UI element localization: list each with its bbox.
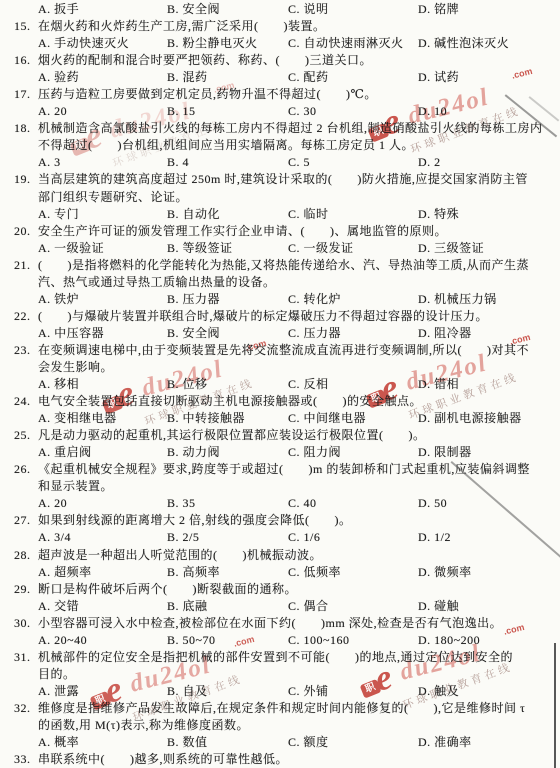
q28-option-A: A. 超频率 bbox=[38, 564, 92, 581]
q32-number: 32. bbox=[14, 700, 38, 717]
q26-option-C: C. 40 bbox=[288, 495, 317, 512]
q30-number: 30. bbox=[14, 615, 38, 632]
q22-option-D: D. 阻冷器 bbox=[418, 325, 472, 342]
q15-option-C: C. 自动快速雨淋灭火 bbox=[288, 35, 404, 52]
question-list: A. 扳手B. 安全阀C. 说明D. 铭牌15.在烟火药和火炸药生产工房,需广泛… bbox=[0, 1, 560, 768]
q15-option-A: A. 手动快速灭火 bbox=[38, 35, 129, 52]
q28-number: 28. bbox=[14, 547, 38, 564]
q28-option-B: B. 高频率 bbox=[167, 564, 220, 581]
q16-question-line: 16.烟火药的配制和混合时要严把领药、称药、( )三道关口。 bbox=[14, 52, 560, 69]
q31-question-line: 31.机械部件的定位安全是指把机械的部件安置到不可能( )的地点,通过定位达到安… bbox=[14, 649, 560, 666]
q20-options-row: A. 一级验证B. 等级签证C. 一级发证D. 三级签证 bbox=[14, 240, 560, 257]
q27-question-line: 27.如果到射线源的距离增大 2 倍,射线的强度会降低( )。 bbox=[14, 512, 560, 529]
q18-number: 18. bbox=[14, 120, 38, 137]
q31-option-B: B. 自及 bbox=[167, 683, 208, 700]
q14-option-B: B. 安全阀 bbox=[167, 1, 220, 18]
q31-text: 机械部件的定位安全是指把机械的部件安置到不可能( )的地点,通过定位达到安全的 bbox=[38, 650, 513, 664]
q27-option-A: A. 3/4 bbox=[38, 529, 71, 546]
q18-option-C: C. 5 bbox=[288, 154, 310, 171]
q24-option-A: A. 变相继电器 bbox=[38, 410, 117, 427]
q28-option-C: C. 低频率 bbox=[288, 564, 341, 581]
q23-option-A: A. 移相 bbox=[38, 376, 79, 393]
q15-question-line: 15.在烟火药和火炸药生产工房,需广泛采用( )装置。 bbox=[14, 18, 560, 35]
q17-options-row: A. 20B. 15C. 30D. 10 bbox=[14, 103, 560, 120]
q25-option-A: A. 重启阀 bbox=[38, 444, 92, 461]
q16-options-row: A. 验药B. 混药C. 配药D. 试药 bbox=[14, 69, 560, 86]
q16-option-D: D. 试药 bbox=[418, 69, 459, 86]
q17-text: 压药与造粒工房要做到定机定员,药物升温不得超过( )℃。 bbox=[38, 87, 377, 101]
q19-text: 当高层建筑的建筑高度超过 250m 时,建筑设计采取的( )防火措施,应提交国家… bbox=[38, 172, 528, 186]
scan-artifact-edge-line bbox=[554, 643, 556, 768]
q29-options-row: A. 交错B. 底融C. 偶合D. 碰触 bbox=[14, 598, 560, 615]
q17-option-D: D. 10 bbox=[418, 103, 447, 120]
q27-text: 如果到射线源的距离增大 2 倍,射线的强度会降低( )。 bbox=[38, 513, 352, 527]
q22-text: ( )与爆破片装置并联组合时,爆破片的标定爆破压力不得超过容器的设计压力。 bbox=[38, 309, 488, 323]
q25-option-C: C. 阻力阀 bbox=[288, 444, 341, 461]
q15-text: 在烟火药和火炸药生产工房,需广泛采用( )装置。 bbox=[38, 19, 326, 33]
q21-question-line: 21.( )是指将燃料的化学能转化为热能,又将热能传递给水、汽、导热油等工质,从… bbox=[14, 257, 560, 274]
q30-option-A: A. 20~40 bbox=[38, 632, 87, 649]
q31-number: 31. bbox=[14, 649, 38, 666]
q27-option-C: C. 1/6 bbox=[288, 529, 320, 546]
q27-options-row: A. 3/4B. 2/5C. 1/6D. 1/2 bbox=[14, 529, 560, 546]
q32-option-A: A. 概率 bbox=[38, 734, 79, 751]
q21-question-line-cont: 汽、热气或通过导热工质输出热量的设备。 bbox=[14, 274, 560, 291]
q31-question-line-cont: 目的。 bbox=[14, 666, 560, 683]
q23-text: 在变频调速电梯中,由于变频装置是先将交流整流成直流再进行变频调制,所以( )对其… bbox=[38, 343, 529, 357]
q24-option-C: C. 中间继电器 bbox=[288, 410, 366, 427]
q17-option-A: A. 20 bbox=[38, 103, 67, 120]
q23-question-line: 23.在变频调速电梯中,由于变频装置是先将交流整流成直流再进行变频调制,所以( … bbox=[14, 342, 560, 359]
q19-question-line-cont: 部门组织专题研究、论证。 bbox=[14, 189, 560, 206]
q29-option-B: B. 底融 bbox=[167, 598, 208, 615]
exam-paper-page: A. 扳手B. 安全阀C. 说明D. 铭牌15.在烟火药和火炸药生产工房,需广泛… bbox=[0, 0, 560, 768]
q19-options-row: A. 专门B. 自动化C. 临时D. 特殊 bbox=[14, 206, 560, 223]
q32-option-B: B. 数值 bbox=[167, 734, 208, 751]
q31-option-D: D. 触及 bbox=[418, 683, 459, 700]
q19-number: 19. bbox=[14, 171, 38, 188]
q19-option-A: A. 专门 bbox=[38, 206, 79, 223]
q30-question-line: 30.小型容器可浸入水中检查,被检部位在水面下约( )mm 深处,检查是否有气泡… bbox=[14, 615, 560, 632]
q30-options-row: A. 20~40B. 50~70C. 100~160D. 180~200 bbox=[14, 632, 560, 649]
q18-question-line-cont: 不得超过( )台机组,机组间应当用实墙隔离。每栋工房定员 1 人。 bbox=[14, 137, 560, 154]
q16-number: 16. bbox=[14, 52, 38, 69]
q18-option-D: D. 2 bbox=[418, 154, 441, 171]
q25-options-row: A. 重启阀B. 动力阀C. 阻力阀D. 限制器 bbox=[14, 444, 560, 461]
q18-question-line: 18.机械制造含高氯酸盐引火线的每栋工房内不得超过 2 台机组,制造硝酸盐引火线… bbox=[14, 120, 560, 137]
q17-number: 17. bbox=[14, 86, 38, 103]
q20-option-A: A. 一级验证 bbox=[38, 240, 104, 257]
q24-option-D: D. 副机电源接触器 bbox=[418, 410, 522, 427]
q32-option-C: C. 额度 bbox=[288, 734, 329, 751]
q30-text: 小型容器可浸入水中检查,被检部位在水面下约( )mm 深处,检查是否有气泡逸出。 bbox=[38, 616, 502, 630]
q15-option-B: B. 粉尘静电灭火 bbox=[167, 35, 258, 52]
q24-option-B: B. 中转接触器 bbox=[167, 410, 245, 427]
q18-options-row: A. 3B. 4C. 5D. 2 bbox=[14, 154, 560, 171]
q32-question-line: 32.维修度是指维修产品发生故障后,在规定条件和规定时间内能修复的( ),它是维… bbox=[14, 700, 560, 717]
q25-option-B: B. 动力阀 bbox=[167, 444, 220, 461]
q20-option-D: D. 三级签证 bbox=[418, 240, 484, 257]
q17-option-C: C. 30 bbox=[288, 103, 317, 120]
q31-options-row: A. 泄露B. 自及C. 外铺D. 触及 bbox=[14, 683, 560, 700]
q26-option-D: D. 50 bbox=[418, 495, 447, 512]
q31-option-C: C. 外铺 bbox=[288, 683, 329, 700]
q28-options-row: A. 超频率B. 高频率C. 低频率D. 微频率 bbox=[14, 564, 560, 581]
q15-options-row: A. 手动快速灭火B. 粉尘静电灭火C. 自动快速雨淋灭火D. 碱性泡沫灭火 bbox=[14, 35, 560, 52]
q14-options-row: A. 扳手B. 安全阀C. 说明D. 铭牌 bbox=[14, 1, 560, 18]
q17-option-B: B. 15 bbox=[167, 103, 196, 120]
q18-option-B: B. 4 bbox=[167, 154, 189, 171]
q21-number: 21. bbox=[14, 257, 38, 274]
q26-number: 26. bbox=[14, 461, 38, 478]
q29-option-C: C. 偶合 bbox=[288, 598, 329, 615]
q33-number: 33. bbox=[14, 751, 38, 768]
q17-question-line: 17.压药与造粒工房要做到定机定员,药物升温不得超过( )℃。 bbox=[14, 86, 560, 103]
q22-option-B: B. 安全阀 bbox=[167, 325, 220, 342]
q20-option-C: C. 一级发证 bbox=[288, 240, 354, 257]
q14-option-D: D. 铭牌 bbox=[418, 1, 459, 18]
q23-number: 23. bbox=[14, 342, 38, 359]
q32-option-D: D. 准确率 bbox=[418, 734, 472, 751]
q25-text: 凡是动力驱动的起重机,其运行极限位置都应装设运行极限位置( )。 bbox=[38, 428, 426, 442]
q28-text: 超声波是一种超出人听觉范围的( )机械振动波。 bbox=[38, 548, 322, 562]
q28-option-D: D. 微频率 bbox=[418, 564, 472, 581]
q21-options-row: A. 铁炉B. 压力器C. 转化炉D. 机械压力锅 bbox=[14, 291, 560, 308]
q18-option-A: A. 3 bbox=[38, 154, 61, 171]
q22-number: 22. bbox=[14, 308, 38, 325]
q20-text: 安全生产许可证的颁发管理工作实行企业申请、( )、属地监管的原则。 bbox=[38, 224, 447, 238]
q25-number: 25. bbox=[14, 427, 38, 444]
q22-question-line: 22.( )与爆破片装置并联组合时,爆破片的标定爆破压力不得超过容器的设计压力。 bbox=[14, 308, 560, 325]
q26-question-line: 26.《起重机械安全规程》要求,跨度等于或超过( )m 的装卸桥和门式起重机,应… bbox=[14, 461, 560, 478]
q23-option-C: C. 反相 bbox=[288, 376, 329, 393]
q16-option-B: B. 混药 bbox=[167, 69, 208, 86]
q19-option-B: B. 自动化 bbox=[167, 206, 220, 223]
q15-number: 15. bbox=[14, 18, 38, 35]
q25-question-line: 25.凡是动力驱动的起重机,其运行极限位置都应装设运行极限位置( )。 bbox=[14, 427, 560, 444]
q20-number: 20. bbox=[14, 223, 38, 240]
q29-question-line: 29.断口是构件破坏后两个( )断裂截面的通称。 bbox=[14, 581, 560, 598]
q29-number: 29. bbox=[14, 581, 38, 598]
q29-text: 断口是构件破坏后两个( )断裂截面的通称。 bbox=[38, 582, 297, 596]
q19-question-line: 19.当高层建筑的建筑高度超过 250m 时,建筑设计采取的( )防火措施,应提… bbox=[14, 171, 560, 188]
q21-option-A: A. 铁炉 bbox=[38, 291, 79, 308]
q14-option-A: A. 扳手 bbox=[38, 1, 79, 18]
q21-option-B: B. 压力器 bbox=[167, 291, 220, 308]
q32-question-line-cont: 的函数,用 M(τ)表示,称为维修度函数。 bbox=[14, 717, 560, 734]
q20-question-line: 20.安全生产许可证的颁发管理工作实行企业申请、( )、属地监管的原则。 bbox=[14, 223, 560, 240]
q26-option-B: B. 35 bbox=[167, 495, 196, 512]
q21-option-D: D. 机械压力锅 bbox=[418, 291, 497, 308]
q33-question-line: 33.串联系统中( )越多,则系统的可靠性越低。 bbox=[14, 751, 560, 768]
q18-text: 机械制造含高氯酸盐引火线的每栋工房内不得超过 2 台机组,制造硝酸盐引火线的每栋… bbox=[38, 121, 543, 135]
q32-text: 维修度是指维修产品发生故障后,在规定条件和规定时间内能修复的( ),它是维修时间… bbox=[38, 701, 525, 715]
q30-option-B: B. 50~70 bbox=[167, 632, 216, 649]
q16-option-C: C. 配药 bbox=[288, 69, 329, 86]
q25-option-D: D. 限制器 bbox=[418, 444, 472, 461]
q24-number: 24. bbox=[14, 393, 38, 410]
q27-option-B: B. 2/5 bbox=[167, 529, 199, 546]
q15-option-D: D. 碱性泡沫灭火 bbox=[418, 35, 509, 52]
q23-option-B: B. 位移 bbox=[167, 376, 208, 393]
q29-option-A: A. 交错 bbox=[38, 598, 79, 615]
q20-option-B: B. 等级签证 bbox=[167, 240, 233, 257]
q24-question-line: 24.电气安全装置包括直接切断驱动主机电源接触器或( )的安全触点。 bbox=[14, 393, 560, 410]
q24-text: 电气安全装置包括直接切断驱动主机电源接触器或( )的安全触点。 bbox=[38, 394, 422, 408]
q30-option-D: D. 180~200 bbox=[418, 632, 480, 649]
q26-option-A: A. 20 bbox=[38, 495, 67, 512]
q22-options-row: A. 中压容器B. 安全阀C. 压力器D. 阻冷器 bbox=[14, 325, 560, 342]
q27-number: 27. bbox=[14, 512, 38, 529]
q23-option-D: D. 错相 bbox=[418, 376, 459, 393]
q24-options-row: A. 变相继电器B. 中转接触器C. 中间继电器D. 副机电源接触器 bbox=[14, 410, 560, 427]
q22-option-C: C. 压力器 bbox=[288, 325, 341, 342]
q21-option-C: C. 转化炉 bbox=[288, 291, 341, 308]
q32-options-row: A. 概率B. 数值C. 额度D. 准确率 bbox=[14, 734, 560, 751]
q31-option-A: A. 泄露 bbox=[38, 683, 79, 700]
q30-option-C: C. 100~160 bbox=[288, 632, 350, 649]
q21-text: ( )是指将燃料的化学能转化为热能,又将热能传递给水、汽、导热油等工质,从而产生… bbox=[38, 258, 529, 272]
q29-option-D: D. 碰触 bbox=[418, 598, 459, 615]
q26-options-row: A. 20B. 35C. 40D. 50 bbox=[14, 495, 560, 512]
q28-question-line: 28.超声波是一种超出人听觉范围的( )机械振动波。 bbox=[14, 547, 560, 564]
q19-option-C: C. 临时 bbox=[288, 206, 329, 223]
q14-option-C: C. 说明 bbox=[288, 1, 329, 18]
q33-text: 串联系统中( )越多,则系统的可靠性越低。 bbox=[38, 752, 288, 766]
q16-text: 烟火药的配制和混合时要严把领药、称药、( )三道关口。 bbox=[38, 53, 372, 67]
q27-option-D: D. 1/2 bbox=[418, 529, 451, 546]
q23-options-row: A. 移相B. 位移C. 反相D. 错相 bbox=[14, 376, 560, 393]
q19-option-D: D. 特殊 bbox=[418, 206, 459, 223]
q16-option-A: A. 验药 bbox=[38, 69, 79, 86]
q22-option-A: A. 中压容器 bbox=[38, 325, 104, 342]
q23-question-line-cont: 会发生影响。 bbox=[14, 359, 560, 376]
